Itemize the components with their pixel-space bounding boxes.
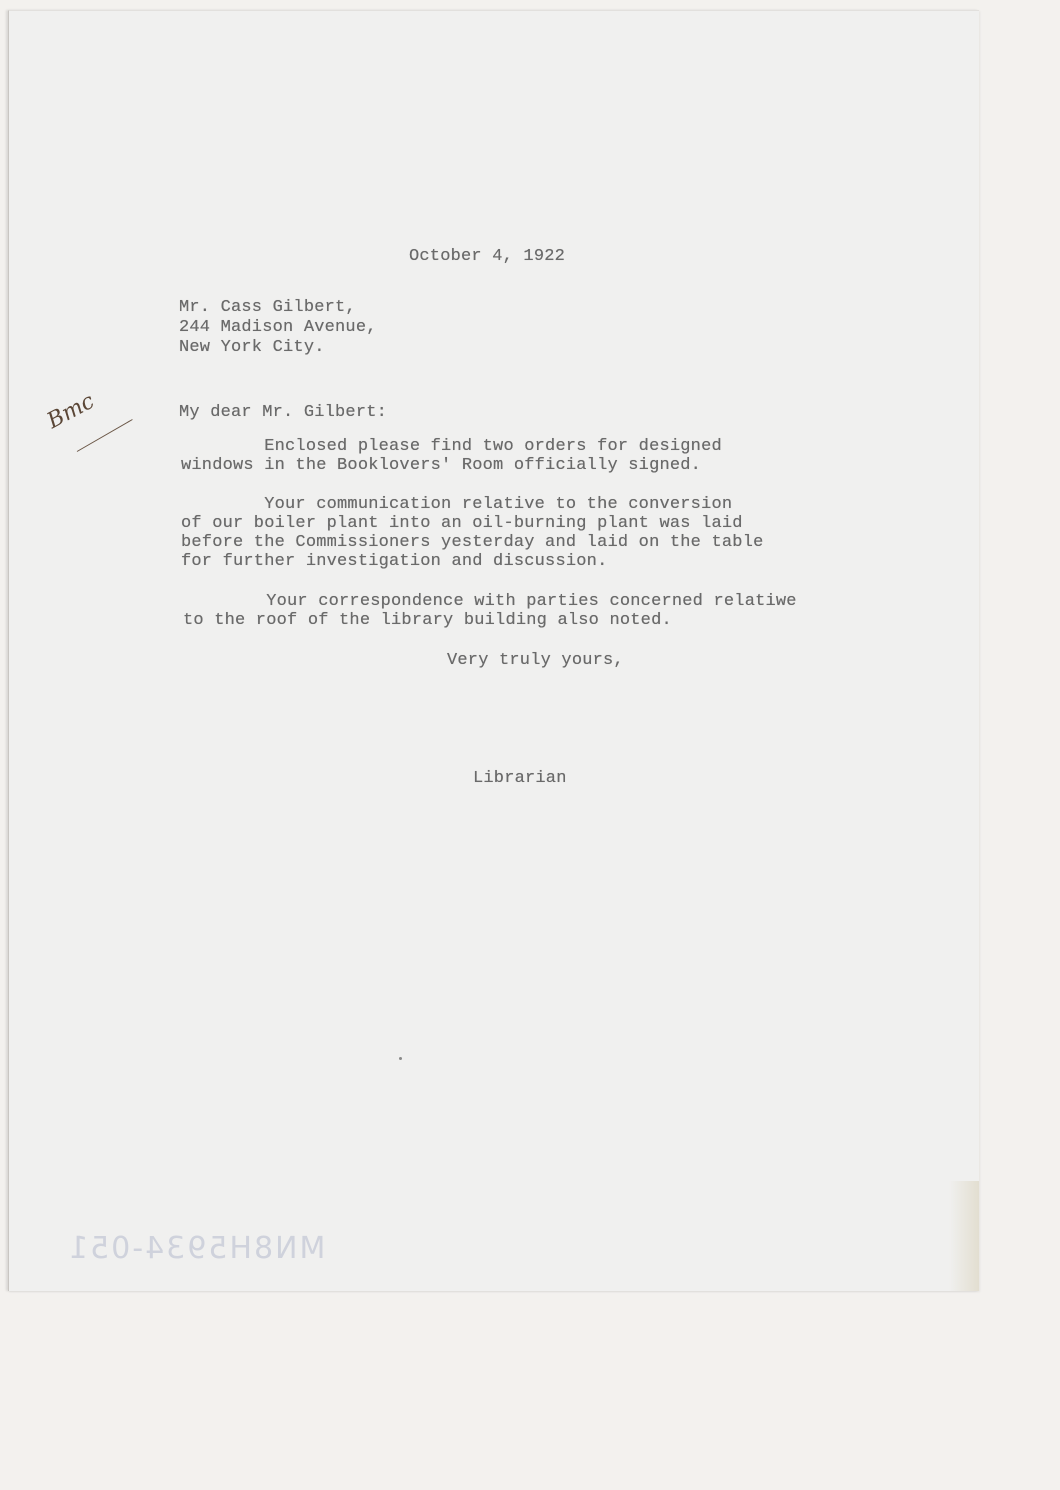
- body-paragraph-2: Your communication relative to the conve…: [181, 495, 764, 571]
- reverse-bleed-through-number: MN8H5934-051: [67, 1231, 325, 1266]
- signature-title: Librarian: [473, 769, 567, 789]
- handwritten-initials: Bmc: [49, 401, 149, 471]
- body-paragraph-1: Enclosed please find two orders for desi…: [181, 437, 722, 475]
- closing: Very truly yours,: [447, 651, 624, 671]
- initials-text: Bmc: [43, 389, 98, 434]
- recipient-city: New York City.: [179, 338, 325, 357]
- paper-speck: [399, 1057, 402, 1060]
- recipient-street: 244 Madison Avenue,: [179, 318, 377, 337]
- recipient-address: Mr. Cass Gilbert, 244 Madison Avenue, Ne…: [179, 298, 377, 358]
- body-paragraph-3: Your correspondence with parties concern…: [183, 592, 797, 630]
- letter-sheet: October 4, 1922 Mr. Cass Gilbert, 244 Ma…: [8, 10, 979, 1291]
- initials-underline: [77, 419, 133, 452]
- recipient-name: Mr. Cass Gilbert,: [179, 298, 356, 317]
- salutation: My dear Mr. Gilbert:: [179, 403, 387, 423]
- letter-date: October 4, 1922: [409, 247, 565, 267]
